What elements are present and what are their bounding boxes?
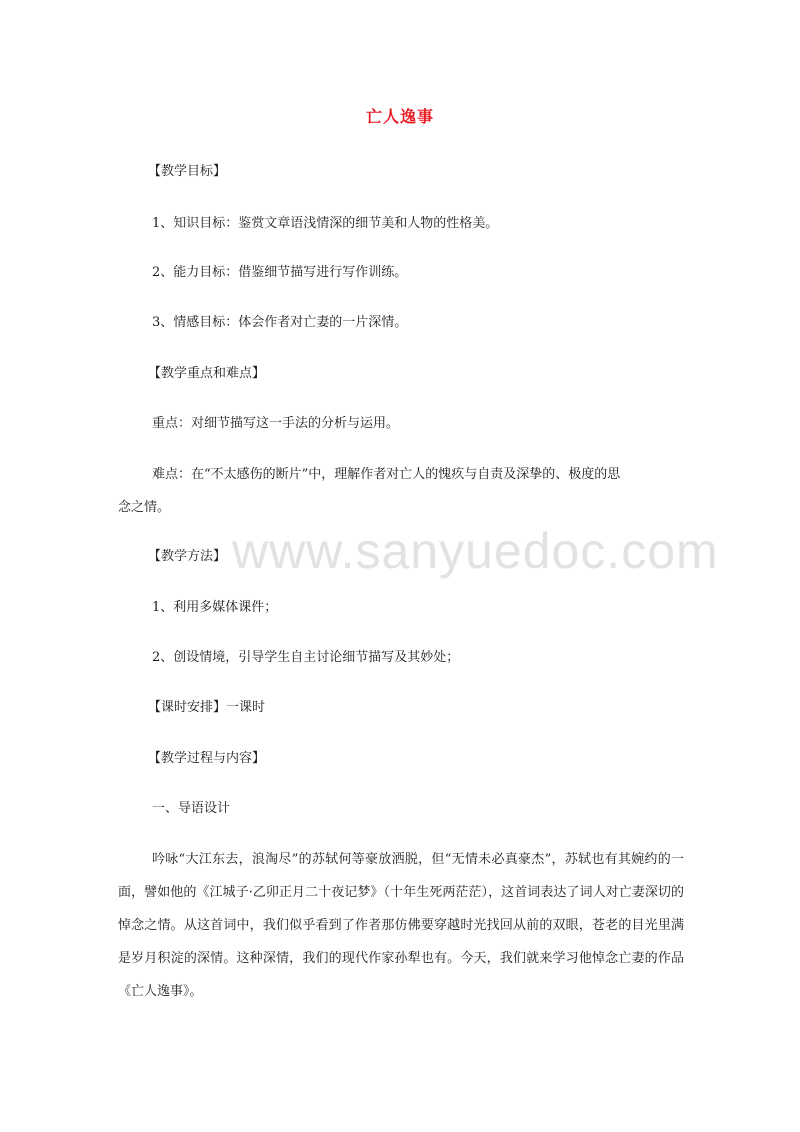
section-heading-goals: 【教学目标】	[148, 163, 226, 181]
goal-item: 1、知识目标：鉴赏文章语浅情深的细节美和人物的性格美。	[152, 215, 498, 233]
intro-paragraph: 吟咏“大江东去，浪淘尽”的苏轼何等豪放洒脱，但“无情未必真豪杰”，苏轼也有其婉约…	[118, 843, 684, 1008]
document-page: www.sanyuedoc.com 亡人逸事 【教学目标】 1、知识目标：鉴赏文…	[0, 0, 800, 1132]
intro-heading: 一、导语设计	[152, 800, 230, 818]
schedule-line: 【课时安排】一课时	[148, 699, 265, 717]
difficulty-line: 念之情。	[118, 499, 170, 517]
document-title: 亡人逸事	[0, 104, 800, 127]
method-item: 1、利用多媒体课件；	[152, 599, 277, 617]
difficulty-line: 难点：在“不太感伤的断片”中，理解作者对亡人的愧疚与自责及深挚的、极度的思	[152, 466, 620, 484]
goal-item: 2、能力目标：借鉴细节描写进行写作训练。	[152, 264, 407, 282]
section-heading-method: 【教学方法】	[148, 548, 226, 566]
method-item: 2、创设情境，引导学生自主讨论细节描写及其妙处；	[152, 649, 459, 667]
goal-item: 3、情感目标：体会作者对亡妻的一片深情。	[152, 314, 407, 332]
key-point: 重点：对细节描写这一手法的分析与运用。	[152, 415, 399, 433]
section-heading-process: 【教学过程与内容】	[148, 750, 265, 768]
section-heading-focus: 【教学重点和难点】	[148, 365, 265, 383]
watermark: www.sanyuedoc.com	[232, 522, 719, 580]
